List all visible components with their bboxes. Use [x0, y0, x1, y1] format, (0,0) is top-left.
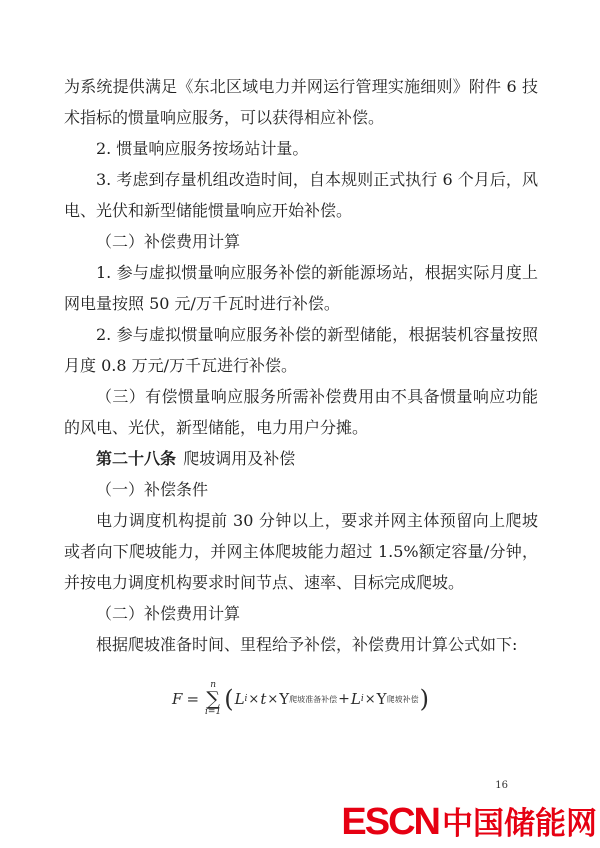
paragraph: 电力调度机构提前 30 分钟以上，要求并网主体预留向上爬坡或者向下爬坡能力，并网… [64, 505, 538, 598]
times-sign: × [365, 692, 376, 707]
formula-var-l: L [235, 690, 245, 708]
formula-equals: = [186, 690, 199, 708]
section-heading: 第二十八条爬坡调用及补偿 [64, 443, 538, 474]
escn-logo: ESCN 中国储能网 [341, 803, 597, 841]
paragraph: （二）补偿费用计算 [64, 598, 538, 629]
times-sign: × [267, 692, 278, 707]
formula-lhs: F [172, 690, 182, 708]
page-number: 16 [495, 780, 508, 791]
paragraph: 2. 惯量响应服务按场站计量。 [64, 133, 538, 164]
logo-text-escn: ESCN [341, 803, 439, 841]
paragraph: 为系统提供满足《东北区域电力并网运行管理实施细则》附件 6 技术指标的惯量响应服… [64, 71, 538, 133]
section-number: 第二十八条 [96, 449, 176, 468]
paragraph: 1. 参与虚拟惯量响应服务补偿的新能源场站，根据实际月度上网电量按照 50 元/… [64, 257, 538, 319]
formula-sub-i: i [245, 694, 248, 704]
paragraph: （一）补偿条件 [64, 474, 538, 505]
paragraph: 2. 参与虚拟惯量响应服务补偿的新型储能，根据装机容量按照月度 0.8 万元/万… [64, 319, 538, 381]
open-paren: ( [224, 687, 233, 711]
formula-var-y: Y [279, 690, 289, 708]
formula-sub-i: i [361, 694, 364, 704]
times-sign: × [248, 692, 259, 707]
paragraph: 根据爬坡准备时间、里程给予补偿，补偿费用计算公式如下: [64, 629, 538, 660]
logo-text-site-name: 中国储能网 [442, 808, 597, 839]
formula-var-l: L [351, 690, 361, 708]
compensation-formula: F = n ∑ i=1 ( Li × t × Y爬坡准备补偿 + Li × Y爬… [64, 681, 538, 717]
section-title: 爬坡调用及补偿 [183, 449, 295, 468]
formula-sub-ramp-prep: 爬坡准备补偿 [289, 694, 337, 705]
paragraph: （三）有偿惯量响应服务所需补偿费用由不具备惯量响应功能的风电、光伏，新型储能，电… [64, 381, 538, 443]
paragraph: 3. 考虑到存量机组改造时间，自本规则正式执行 6 个月后，风电、光伏和新型储能… [64, 164, 538, 226]
sum-lower-limit: i=1 [205, 708, 221, 717]
paragraph: （二）补偿费用计算 [64, 226, 538, 257]
formula-var-y: Y [377, 690, 387, 708]
plus-sign: + [338, 691, 350, 707]
document-page: 为系统提供满足《东北区域电力并网运行管理实施细则》附件 6 技术指标的惯量响应服… [0, 0, 600, 848]
summation-symbol: n ∑ i=1 [205, 681, 221, 717]
formula-var-t: t [260, 690, 266, 708]
close-paren: ) [420, 687, 429, 711]
sigma-icon: ∑ [206, 690, 220, 708]
formula-sub-ramp: 爬坡补偿 [387, 694, 419, 705]
document-body: 为系统提供满足《东北区域电力并网运行管理实施细则》附件 6 技术指标的惯量响应服… [64, 0, 538, 717]
